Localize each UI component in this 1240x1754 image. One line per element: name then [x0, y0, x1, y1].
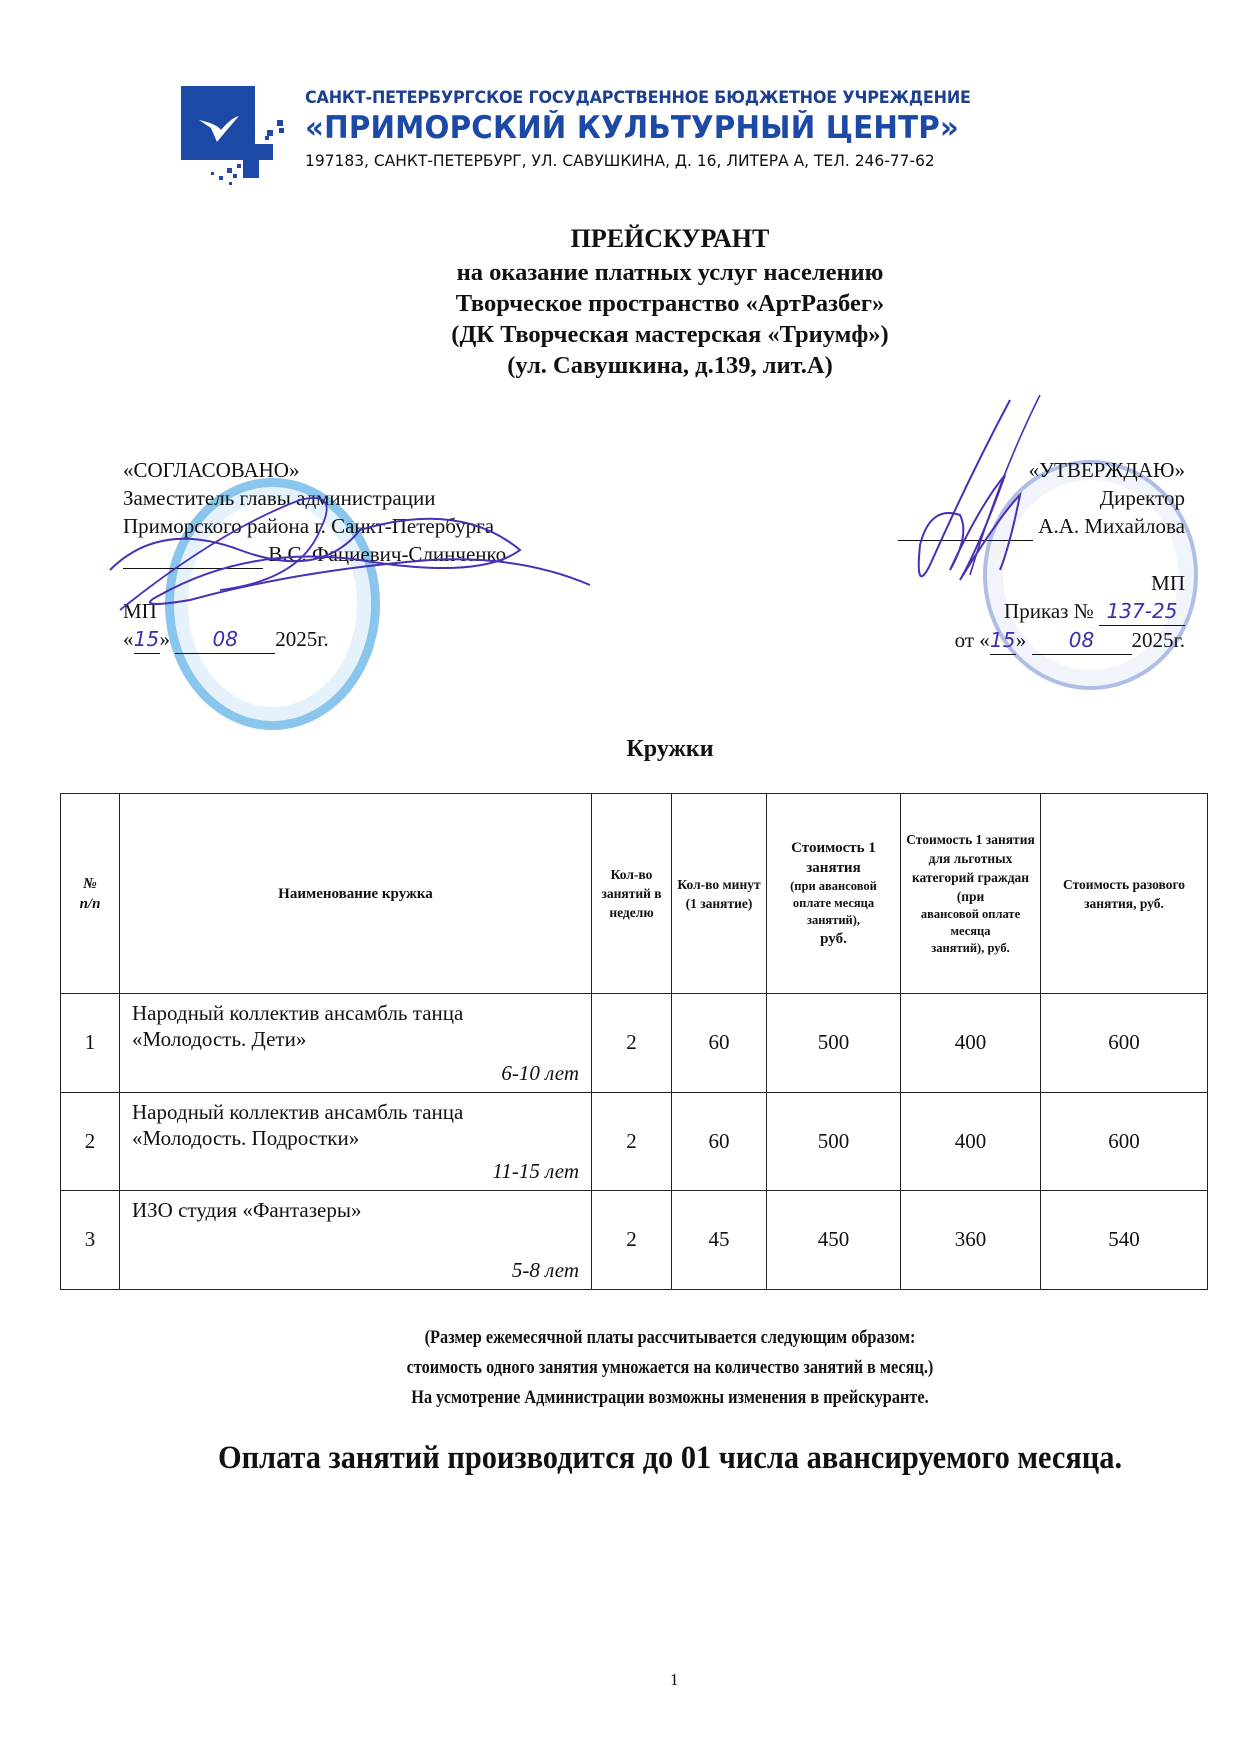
- header-lessons-per-week: Кол-во занятий в неделю: [592, 794, 672, 994]
- table-row: 2Народный коллектив ансамбль танца«Молод…: [61, 1092, 1208, 1191]
- approval-approved-date: от «15» 082025г.: [898, 626, 1185, 655]
- approval-agreed-signer: В.С. Фациевич-Слинченко: [268, 542, 506, 566]
- cell-number: 3: [61, 1191, 120, 1290]
- cell-price-benefit: 400: [901, 994, 1041, 1093]
- club-age-range: 5-8 лет: [512, 1257, 579, 1283]
- header-club-name: Наименование кружка: [120, 794, 592, 994]
- section-title: Кружки: [0, 736, 1240, 763]
- cell-club-name: Народный коллектив ансамбль танца«Молодо…: [120, 994, 592, 1093]
- cell-lessons-per-week: 2: [592, 1191, 672, 1290]
- cell-number: 2: [61, 1092, 120, 1191]
- approval-approved-signature-row: А.А. Михайлова: [898, 512, 1185, 541]
- approval-approved-block: «УТВЕРЖДАЮ» Директор А.А. Михайлова МП П…: [898, 456, 1185, 655]
- club-name-line: Народный коллектив ансамбль танца: [132, 1099, 583, 1125]
- bird-icon: [181, 86, 301, 186]
- cell-minutes: 45: [672, 1191, 767, 1290]
- price-table: № п/п Наименование кружка Кол-во занятий…: [60, 793, 1208, 1290]
- cell-price-benefit: 400: [901, 1092, 1041, 1191]
- page-number: 1: [670, 1670, 679, 1690]
- note-monthly-fee-formula: стоимость одного занятия умножается на к…: [80, 1358, 1240, 1379]
- approval-approved-year: 2025г.: [1132, 628, 1186, 652]
- header-minutes: Кол-во минут (1 занятие): [672, 794, 767, 994]
- table-row: 3ИЗО студия «Фантазеры»5-8 лет2454503605…: [61, 1191, 1208, 1290]
- approval-agreed-seal-label: МП: [123, 597, 506, 625]
- approval-approved-seal-label: МП: [898, 569, 1185, 597]
- cell-price-single: 600: [1041, 1092, 1208, 1191]
- cell-price-advance: 450: [767, 1191, 901, 1290]
- club-age-range: 6-10 лет: [501, 1060, 579, 1086]
- header-price-advance: Стоимость 1 занятия (при авансовой оплат…: [767, 794, 901, 994]
- approval-agreed-position: Заместитель главы администрации: [123, 484, 506, 512]
- note-monthly-fee-calc: (Размер ежемесячной платы рассчитывается…: [80, 1328, 1240, 1349]
- payment-deadline-note: Оплата занятий производится до 01 числа …: [54, 1440, 1240, 1477]
- header-price-benefit: Стоимость 1 занятия для льготных категор…: [901, 794, 1041, 994]
- club-age-range: 11-15 лет: [492, 1158, 579, 1184]
- approval-agreed-signature-row: В.С. Фациевич-Слинченко: [123, 540, 506, 569]
- club-name-line: ИЗО студия «Фантазеры»: [132, 1197, 583, 1223]
- cell-club-name: Народный коллектив ансамбль танца«Молодо…: [120, 1092, 592, 1191]
- approval-agreed-year: 2025г.: [275, 627, 329, 651]
- document-subtitle: на оказание платных услуг населению: [0, 258, 1240, 288]
- document-venue-address: (ул. Савушкина, д.139, лит.А): [0, 351, 1240, 381]
- cell-price-single: 600: [1041, 994, 1208, 1093]
- document-title: ПРЕЙСКУРАНТ: [0, 224, 1240, 254]
- document-venue: Творческое пространство «АртРазбег»: [0, 289, 1240, 319]
- handwritten-day: 15: [134, 625, 160, 654]
- approval-approved-position: Директор: [898, 484, 1185, 512]
- cell-number: 1: [61, 994, 120, 1093]
- letterhead-address: 197183, САНКТ-ПЕТЕРБУРГ, УЛ. САВУШКИНА, …: [305, 151, 935, 170]
- club-name-line: «Молодость. Дети»: [132, 1026, 583, 1052]
- table-row: 1Народный коллектив ансамбль танца«Молод…: [61, 994, 1208, 1093]
- signature-line: [123, 540, 263, 569]
- cell-price-benefit: 360: [901, 1191, 1041, 1290]
- approval-agreed-date: «15» 082025г.: [123, 625, 506, 654]
- handwritten-day: 15: [990, 626, 1016, 655]
- approval-agreed-district: Приморского района г. Санкт-Петербурга: [123, 512, 506, 540]
- approval-agreed-block: «СОГЛАСОВАНО» Заместитель главы админист…: [123, 456, 506, 654]
- header-number: № п/п: [61, 794, 120, 994]
- letterhead-institution-name: «ПРИМОРСКИЙ КУЛЬТУРНЫЙ ЦЕНТР»: [305, 110, 959, 146]
- approval-approved-order: Приказ № 137-25: [898, 597, 1185, 626]
- order-label: Приказ №: [1004, 599, 1094, 623]
- handwritten-month: 08: [175, 625, 275, 654]
- table-header-row: № п/п Наименование кружка Кол-во занятий…: [61, 794, 1208, 994]
- approval-approved-signer: А.А. Михайлова: [1038, 514, 1185, 538]
- cell-price-single: 540: [1041, 1191, 1208, 1290]
- header-price-single: Стоимость разового занятия, руб.: [1041, 794, 1208, 994]
- cell-club-name: ИЗО студия «Фантазеры»5-8 лет: [120, 1191, 592, 1290]
- note-price-changes: На усмотрение Администрации возможны изм…: [80, 1388, 1240, 1409]
- cell-price-advance: 500: [767, 1092, 901, 1191]
- approval-approved-heading: «УТВЕРЖДАЮ»: [898, 456, 1185, 484]
- handwritten-order-number: 137-25: [1099, 597, 1185, 626]
- cell-lessons-per-week: 2: [592, 994, 672, 1093]
- club-name-line: «Молодость. Подростки»: [132, 1125, 583, 1151]
- signature-line: [898, 512, 1033, 541]
- cell-minutes: 60: [672, 1092, 767, 1191]
- club-name-line: Народный коллектив ансамбль танца: [132, 1000, 583, 1026]
- cell-lessons-per-week: 2: [592, 1092, 672, 1191]
- letterhead-institution-type: САНКТ-ПЕТЕРБУРГСКОЕ ГОСУДАРСТВЕННОЕ БЮДЖ…: [305, 88, 971, 108]
- document-venue-parent: (ДК Творческая мастерская «Триумф»): [0, 320, 1240, 350]
- cell-price-advance: 500: [767, 994, 901, 1093]
- cell-minutes: 60: [672, 994, 767, 1093]
- handwritten-month: 08: [1032, 626, 1132, 655]
- approval-agreed-heading: «СОГЛАСОВАНО»: [123, 456, 506, 484]
